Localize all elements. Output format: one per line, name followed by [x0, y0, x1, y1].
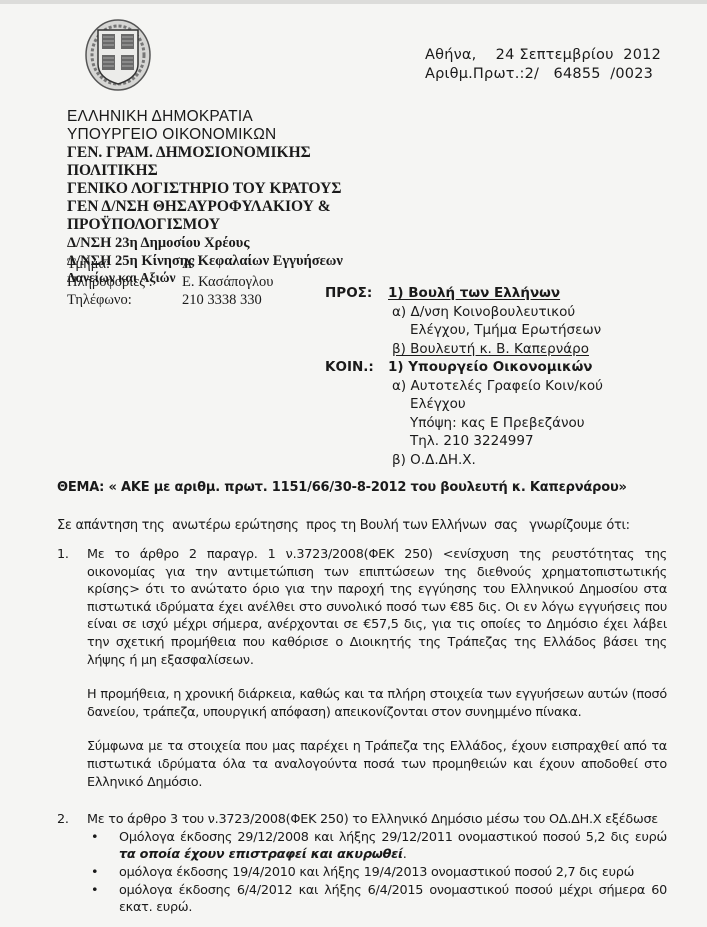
bullet-tail: .: [403, 847, 407, 862]
recipients-block: ΠΡΟΣ:1) Βουλή των Ελλήνων α) Δ/νση Κοινο…: [325, 284, 603, 469]
item-paragraph: Η προμήθεια, η χρονική διάρκεια, καθώς κ…: [87, 686, 667, 721]
bond-bullet: • Ομόλογα έκδοσης 29/12/2008 και λήξης 2…: [87, 829, 667, 864]
cc-main-recipient: 1) Υπουργείο Οικονομικών: [388, 359, 593, 375]
greek-coat-of-arms-icon: [84, 18, 152, 92]
item-text: Με το άρθρο 3 του ν.3723/2008(ΦΕΚ 250) τ…: [87, 811, 667, 829]
phone-label: Τηλέφωνο:: [67, 291, 182, 309]
cc-sub-a2: Ελέγχου: [325, 395, 603, 414]
bond-list: • Ομόλογα έκδοσης 29/12/2008 και λήξης 2…: [87, 829, 667, 917]
cc-sub-a4: Τηλ. 210 3224997: [325, 432, 603, 451]
bullet-text: Ομόλογα έκδοσης 29/12/2008 και λήξης 29/…: [119, 830, 667, 845]
info-value: Ε. Κασάπογλου: [182, 273, 274, 291]
department-label: Τμήμα:: [67, 255, 182, 273]
department-value: Α’: [182, 255, 196, 273]
bullet-icon: •: [87, 864, 119, 882]
intro-line: Σε απάντηση της ανωτέρω ερώτησης προς τη…: [57, 518, 630, 533]
info-label: Πληροφορίες :: [67, 273, 182, 291]
bullet-icon: •: [87, 829, 119, 864]
cc-sub-b: β) Ο.Δ.ΔΗ.Χ.: [325, 451, 603, 470]
to-sub-b: β) Βουλευτή κ. Β. Καπερνάρο: [325, 340, 603, 359]
date-block: Αθήνα, 24 Σεπτεμβρίου 2012 Αριθμ.Πρωτ.:2…: [425, 46, 661, 84]
bullet-icon: •: [87, 882, 119, 917]
item-number: 1.: [57, 546, 87, 791]
subject-line: ΘΕΜΑ: « ΑΚΕ με αριθμ. πρωτ. 1151/66/30-8…: [57, 480, 627, 495]
to-label: ΠΡΟΣ:: [325, 284, 388, 303]
header-line: ΓΕΝΙΚΟ ΛΟΓΙΣΤΗΡΙΟ ΤΟΥ ΚΡΑΤΟΥΣ: [67, 180, 367, 198]
header-line: ΓΕΝ Δ/ΝΣΗ ΘΗΣΑΥΡΟΦΥΛΑΚΙΟΥ &: [67, 198, 367, 216]
header-line: ΕΛΛΗΝΙΚΗ ΔΗΜΟΚΡΑΤΙΑ: [67, 108, 367, 126]
bond-bullet: • ομόλογα έκδοσης 19/4/2010 και λήξης 19…: [87, 864, 667, 882]
header-line: ΓΕΝ. ΓΡΑΜ. ΔΗΜΟΣΙΟΝΟΜΙΚΗΣ: [67, 144, 367, 162]
header-line: ΠΟΛΙΤΙΚΗΣ: [67, 162, 367, 180]
header-line: ΥΠΟΥΡΓΕΙΟ ΟΙΚΟΝΟΜΙΚΩΝ: [67, 126, 367, 144]
to-main-recipient: 1) Βουλή των Ελλήνων: [388, 285, 560, 301]
scan-edge: [0, 0, 707, 4]
item-paragraph: Σύμφωνα με τα στοιχεία που μας παρέχει η…: [87, 738, 667, 791]
cc-label: ΚΟΙΝ.:: [325, 358, 388, 377]
bullet-emphasis: τα οποία έχουν επιστραφεί και ακυρωθεί: [119, 847, 403, 862]
header-line: Δ/ΝΣΗ 23η Δημοσίου Χρέους: [67, 234, 367, 252]
bullet-text: ομόλογα έκδοσης 19/4/2010 και λήξης 19/4…: [119, 864, 667, 882]
cc-sub-a3: Υπόψη: κας Ε Πρεβεζάνου: [325, 414, 603, 433]
item-number: 2.: [57, 811, 87, 917]
date-line: Αθήνα, 24 Σεπτεμβρίου 2012: [425, 46, 661, 65]
protocol-number: Αριθμ.Πρωτ.:2/ 64855 /0023: [425, 65, 661, 84]
document-page: Αθήνα, 24 Σεπτεμβρίου 2012 Αριθμ.Πρωτ.:2…: [0, 0, 707, 927]
item-text: Με το άρθρο 2 παραγρ. 1 ν.3723/2008(ΦΕΚ …: [87, 546, 667, 669]
body-text: 1. Με το άρθρο 2 παραγρ. 1 ν.3723/2008(Φ…: [57, 546, 667, 917]
list-item: 2. Με το άρθρο 3 του ν.3723/2008(ΦΕΚ 250…: [57, 811, 667, 917]
bullet-text: ομόλογα έκδοσης 6/4/2012 και λήξης 6/4/2…: [119, 882, 667, 917]
header-line: ΠΡΟΫΠΟΛΟΓΙΣΜΟΥ: [67, 216, 367, 234]
list-item: 1. Με το άρθρο 2 παραγρ. 1 ν.3723/2008(Φ…: [57, 546, 667, 791]
contact-info: Τμήμα:Α’ Πληροφορίες :Ε. Κασάπογλου Τηλέ…: [67, 255, 274, 309]
phone-value: 210 3338 330: [182, 291, 262, 309]
to-sub-a1: α) Δ/νση Κοινοβουλευτικού: [325, 303, 603, 322]
bond-bullet: • ομόλογα έκδοσης 6/4/2012 και λήξης 6/4…: [87, 882, 667, 917]
cc-sub-a1: α) Αυτοτελές Γραφείο Κοιν/κού: [325, 377, 603, 396]
to-sub-a2: Ελέγχου, Τμήμα Ερωτήσεων: [325, 321, 603, 340]
